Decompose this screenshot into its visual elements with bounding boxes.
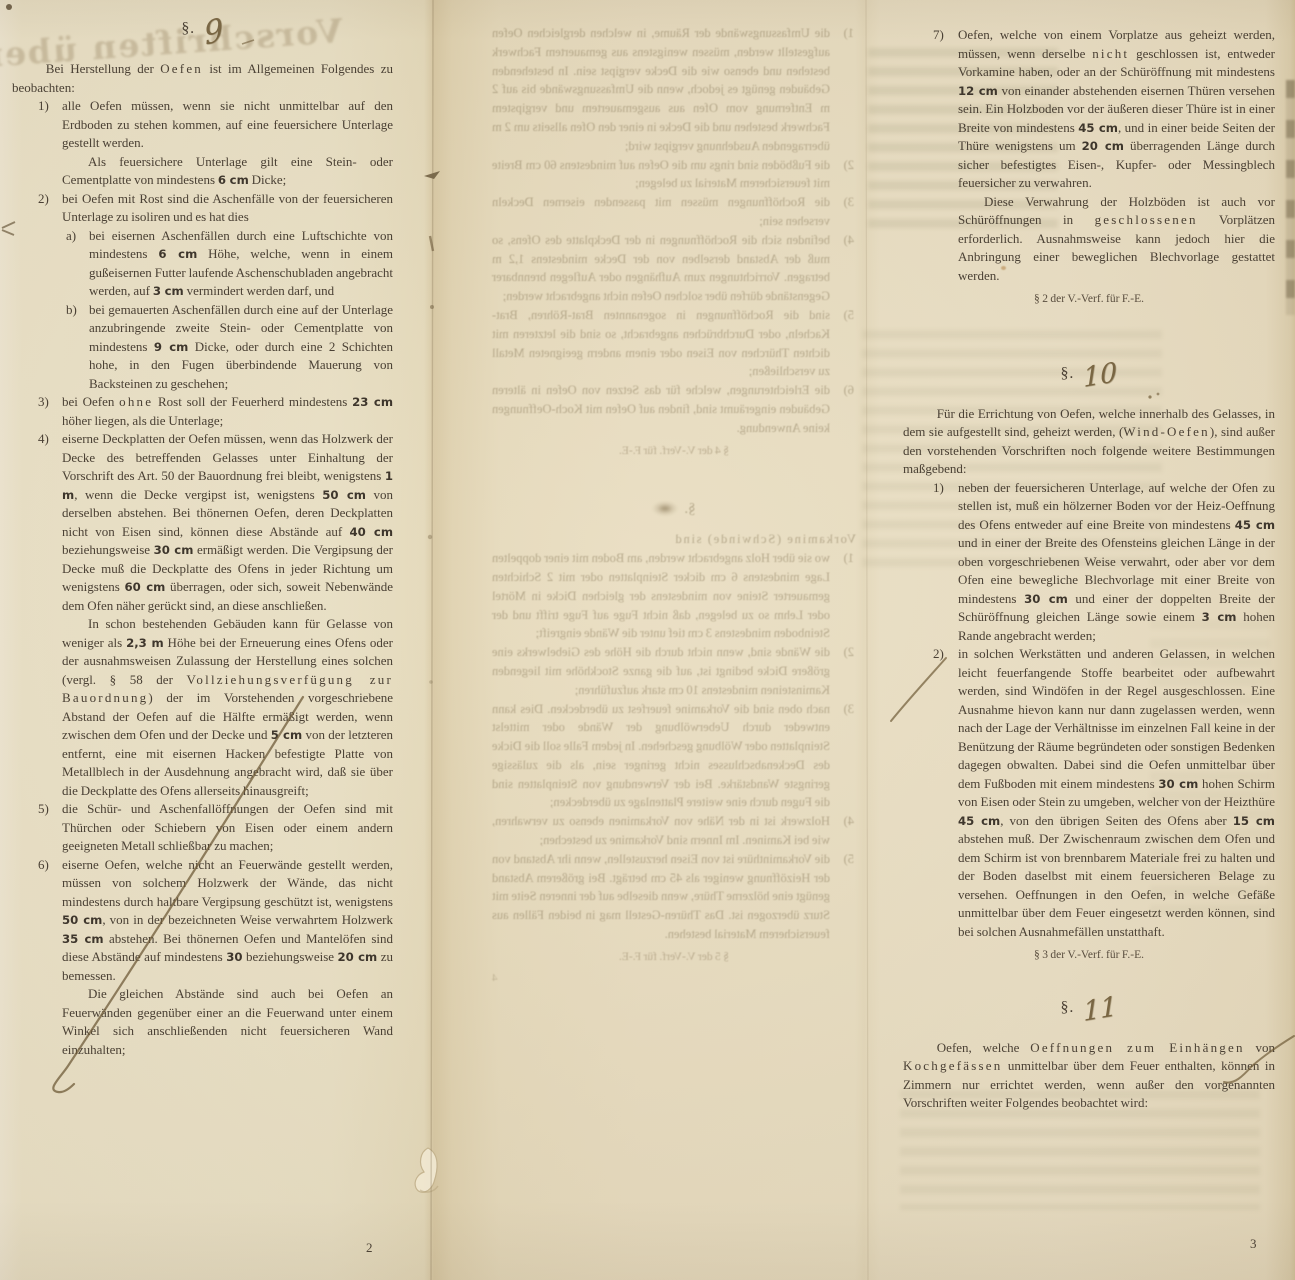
page-2: §.9 Bei Herstellung der Oefen ist im All… — [12, 20, 393, 1059]
section-heading-10: §.10 — [903, 365, 1275, 395]
item-number: 5) — [844, 306, 854, 325]
item-subparagraph: Diese Verwahrung der Holzböden ist auch … — [958, 193, 1275, 286]
showthrough-item: 4) befinden sich die Rochöffnungen in de… — [492, 231, 856, 306]
showthrough-heading: Vorkamine (Schwinde) sind — [492, 530, 856, 549]
sub-item-text: bei gemauerten Aschenfällen durch eine a… — [89, 301, 393, 394]
showthrough-footnote: § 5 der V.-Verf. für F.-E. — [492, 948, 856, 967]
item-subparagraph: Die gleichen Abstände sind auch bei Oefe… — [62, 985, 393, 1059]
item-text: befinden sich die Rochöffnungen in der D… — [492, 231, 830, 306]
list-item-5: 5) die Schür- und Aschenfallöffnungen de… — [12, 800, 393, 856]
item-text: Oefen, welche von einem Vorplatze aus ge… — [958, 26, 1275, 193]
showthrough-page-number: 4 — [492, 969, 856, 988]
item-number: 5) — [38, 800, 49, 819]
showthrough-item: 1) die Umfassungswände der Räume, in wel… — [492, 24, 856, 156]
booklet-spread: Vorschriften über §.9 Bei Herstellung de… — [0, 0, 1295, 1280]
section-mark: §. — [684, 501, 695, 517]
list-item-7: 7) Oefen, welche von einem Vorplatze aus… — [903, 26, 1275, 285]
showthrough-item: 3) nach oben sind die Vorkamine feuerfes… — [492, 700, 856, 813]
item-text: Holzwerk ist in der Nähe von Vorkaminen … — [492, 812, 830, 850]
list-item-2: 2) bei Oefen mit Rost sind die Aschenfäl… — [12, 190, 393, 394]
showthrough-item: 5) die Vorkaminthüre ist von Eisen herzu… — [492, 850, 856, 944]
sub-item-a: a) bei eisernen Aschenfällen durch eine … — [62, 227, 393, 301]
item-number: 1) — [933, 479, 944, 498]
item-text: nach oben sind die Vorkamine feuerfest z… — [492, 700, 830, 813]
thread-tuft-shadow — [420, 1186, 438, 1192]
item-text: die Fußböden sind rings um die Oefen auf… — [492, 156, 830, 194]
list-item-w1: 1) neben der feuersicheren Unterlage, au… — [903, 479, 1275, 646]
section-heading-9: §.9 — [12, 20, 393, 52]
item-text: neben der feuersicheren Unterlage, auf w… — [958, 479, 1275, 646]
footnote-reference: § 2 der V.-Verf. für F.-E. — [903, 290, 1275, 309]
item-text: wo sie über Holz angebracht werden, am B… — [492, 549, 830, 643]
handwritten-section-number: 11 — [1083, 1001, 1117, 1017]
closing-paragraph: Oefen, welche Oeffnungen zum Einhängen v… — [903, 1039, 1275, 1113]
item-number: 4) — [844, 231, 854, 250]
showthrough-item: 5) sind die Rochöffnungen in sogenannten… — [492, 306, 856, 381]
handwritten-smudge — [652, 501, 678, 516]
item-text: eiserne Deckplatten der Oefen müssen, we… — [62, 430, 393, 615]
item-text: die Schür- und Aschenfallöffnungen der O… — [62, 800, 393, 856]
showthrough-item: 4) Holzwerk ist in der Nähe von Vorkamin… — [492, 812, 856, 850]
gutter-edge — [431, 0, 433, 1280]
item-number: 5) — [844, 850, 854, 869]
section-heading-11: §.11 — [903, 999, 1275, 1029]
sub-item-text: bei eisernen Aschenfällen durch eine Luf… — [89, 227, 393, 301]
stitch-thread — [424, 171, 440, 179]
sub-item-letter: b) — [66, 301, 77, 320]
showthrough-item: 3) die Rochöffnungen müssen mit passende… — [492, 193, 856, 231]
item-text: die Rochöffnungen müssen mit passenden e… — [492, 193, 830, 231]
list-item-w2: 2) in solchen Werkstätten und anderen Ge… — [903, 645, 1275, 941]
list-item-4: 4) eiserne Deckplatten der Oefen müssen,… — [12, 430, 393, 800]
sub-item-b: b) bei gemauerten Aschenfällen durch ein… — [62, 301, 393, 394]
sub-item-letter: a) — [66, 227, 76, 246]
page-number-left: 2 — [366, 1240, 373, 1256]
page-edge-shadow — [1286, 80, 1295, 315]
item-text: die Vorkaminthüre ist von Eisen herzuste… — [492, 850, 830, 944]
item-number: 6) — [844, 381, 854, 400]
item-number: 4) — [38, 430, 49, 449]
item-number: 7) — [933, 26, 944, 45]
showthrough-item: 2) die Fußböden sind rings um die Oefen … — [492, 156, 856, 194]
item-number: 2) — [844, 643, 854, 662]
section-mark: §. — [181, 20, 195, 37]
intro-paragraph: Für die Errichtung von Oefen, welche inn… — [903, 405, 1275, 479]
item-text: sind die Rochöffnungen in sogenannten Br… — [492, 306, 830, 381]
paper-speck — [6, 4, 12, 10]
stitch-dot — [428, 535, 432, 539]
handwritten-section-number: 9 — [204, 24, 224, 40]
item-number: 6) — [38, 856, 49, 875]
showthrough-footnote: § 4 der V.-Verf. für F.-E. — [492, 442, 856, 461]
item-number: 4) — [844, 812, 854, 831]
handwritten-section-number: 10 — [1083, 367, 1117, 383]
item-text: die Wände sind, wenn nicht durch die Höh… — [492, 643, 830, 699]
item-subparagraph: In schon bestehenden Gebäuden kann für G… — [62, 615, 393, 800]
item-text: die Erleichterungen, welche für das Setz… — [492, 381, 830, 437]
showthrough-item: 1) wo sie über Holz angebracht werden, a… — [492, 549, 856, 643]
item-number: 3) — [38, 393, 49, 412]
item-number: 3) — [844, 193, 854, 212]
page-number-right: 3 — [1250, 1236, 1257, 1252]
showthrough-section-heading: §. — [492, 500, 856, 524]
item-text: bei Oefen mit Rost sind die Aschenfälle … — [62, 190, 393, 227]
thread-tuft — [415, 1148, 437, 1192]
item-number: 2) — [844, 156, 854, 175]
intro-paragraph: Bei Herstellung der Oefen ist im Allgeme… — [12, 60, 393, 97]
item-text: bei Oefen ohne Rost soll der Feuerherd m… — [62, 393, 393, 430]
verso-showthrough-mirrored: 1) die Umfassungswände der Räume, in wel… — [492, 24, 856, 987]
item-text: die Umfassungswände der Räume, in welche… — [492, 24, 830, 156]
middle-leaf-edge — [866, 0, 868, 1280]
section-mark: §. — [1061, 999, 1075, 1016]
stitch-dot — [430, 305, 434, 309]
item-number: 2) — [933, 645, 944, 664]
item-number: 2) — [38, 190, 49, 209]
stitch-thread — [430, 236, 433, 251]
showthrough-item: 2) die Wände sind, wenn nicht durch die … — [492, 643, 856, 699]
showthrough-item: 6) die Erleichterungen, welche für das S… — [492, 381, 856, 437]
item-text: in solchen Werkstätten und anderen Gelas… — [958, 645, 1275, 941]
page-3: 7) Oefen, welche von einem Vorplatze aus… — [903, 26, 1275, 1113]
section-mark: §. — [1061, 365, 1075, 382]
item-number: 1) — [844, 549, 854, 568]
item-number: 3) — [844, 700, 854, 719]
item-subparagraph: Als feuersichere Unterlage gilt eine Ste… — [62, 153, 393, 190]
list-item-3: 3) bei Oefen ohne Rost soll der Feuerher… — [12, 393, 393, 430]
list-item-1: 1) alle Oefen müssen, wenn sie nicht unm… — [12, 97, 393, 190]
item-number: 1) — [844, 24, 854, 43]
item-text: eiserne Oefen, welche nicht an Feuerwänd… — [62, 856, 393, 986]
stitch-dot — [429, 680, 433, 684]
item-text: alle Oefen müssen, wenn sie nicht unmitt… — [62, 97, 393, 153]
footnote-reference: § 3 der V.-Verf. für F.-E. — [903, 946, 1275, 965]
item-number: 1) — [38, 97, 49, 116]
list-item-6: 6) eiserne Oefen, welche nicht an Feuerw… — [12, 856, 393, 1060]
